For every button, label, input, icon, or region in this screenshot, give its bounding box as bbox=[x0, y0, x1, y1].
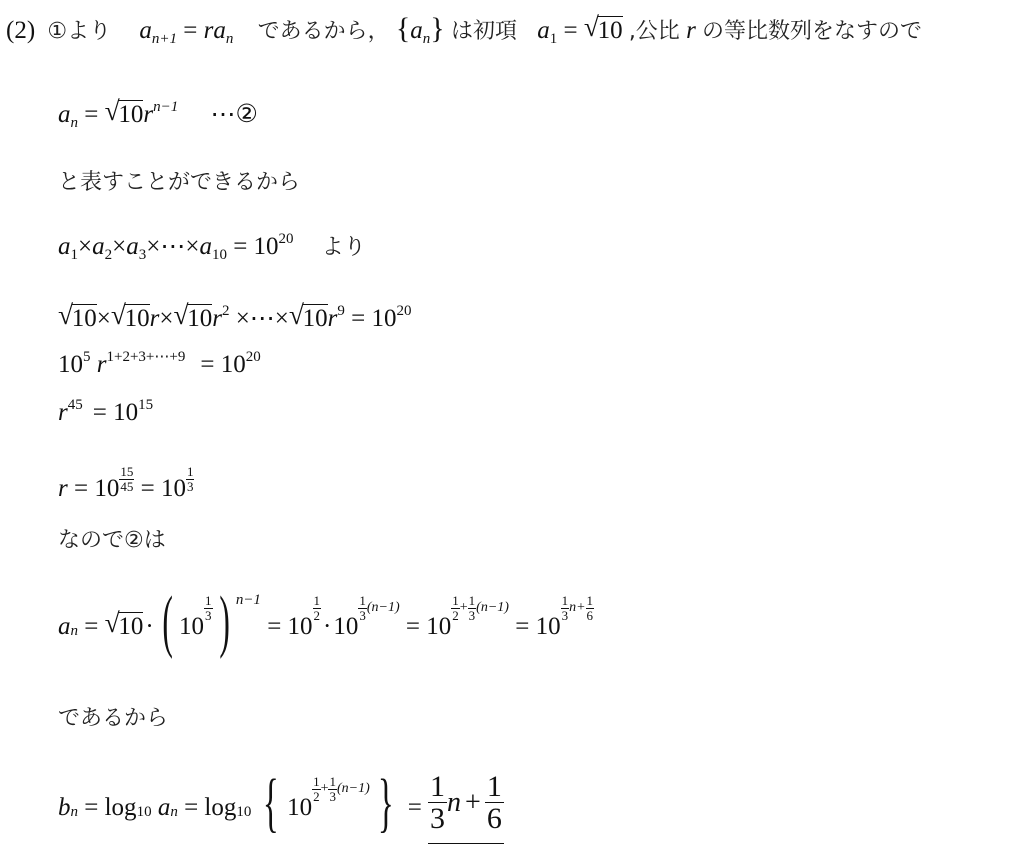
text-so-eq2: なので②は bbox=[58, 530, 166, 552]
sqrt-symbol: √10 bbox=[105, 100, 144, 128]
product-equation: a1×a2×a3×⋯×a10=1020 より bbox=[58, 234, 366, 259]
equation-tag: ⋯② bbox=[210, 101, 257, 128]
text-dearukara: であるから， bbox=[258, 19, 390, 44]
sqrt-symbol: √10 bbox=[58, 304, 97, 332]
an-equation: an=√10· ( 1013 ) n−1 =1012 ·1013(n−1) =1… bbox=[58, 596, 594, 656]
first-term-formula: a1=√10 bbox=[537, 17, 629, 44]
sqrt-symbol: √10 bbox=[289, 304, 328, 332]
ratio-var: r bbox=[686, 17, 696, 44]
answer-fraction-1: 13 bbox=[428, 771, 447, 835]
section-label: (2) bbox=[6, 17, 35, 44]
left-paren: ( bbox=[162, 587, 172, 657]
text-geometric: の等比数列をなすので bbox=[702, 19, 922, 44]
exponent-fraction: 1545 bbox=[119, 465, 134, 493]
r45-equation: r45=1015 bbox=[58, 400, 153, 425]
expanded-equation: √10×√10r×√10r2 ×⋯×√10r9=1020 bbox=[58, 304, 412, 332]
bn-equation: bn=log10 an=log10 { 1012+13(n−1) } = 13 … bbox=[58, 772, 504, 842]
ref-text: ①より bbox=[47, 19, 111, 44]
text-first-term: は初項 bbox=[451, 19, 517, 44]
sqrt-symbol: √10 bbox=[173, 304, 212, 332]
text-can-express: と表すことができるから bbox=[58, 172, 300, 194]
sqrt-symbol: √10 bbox=[105, 612, 144, 640]
right-brace: } bbox=[378, 770, 394, 836]
text-common-ratio: ,公比 bbox=[629, 19, 680, 44]
sequence-notation: {an} bbox=[396, 12, 445, 45]
answer-fraction-2: 16 bbox=[485, 771, 504, 835]
recurrence-formula: an+1=ran bbox=[139, 17, 239, 44]
sqrt-symbol: √10 bbox=[584, 16, 623, 44]
r-equation: r=101545=1013 bbox=[58, 476, 194, 513]
equation-2: an=√10rn−1 ⋯② bbox=[58, 100, 258, 128]
right-paren: ) bbox=[219, 587, 229, 657]
line-problem-intro: (2) ①より an+1=ran であるから， {an} は初項 a1=√10 … bbox=[6, 14, 922, 44]
text-therefore: であるから bbox=[58, 708, 168, 730]
sum-equation: 105 r1+2+3+⋯+9=1020 bbox=[58, 352, 261, 377]
left-brace: { bbox=[263, 770, 279, 836]
answer-underlined: 13 n + 16 bbox=[428, 771, 504, 844]
exponent-fraction: 13 bbox=[186, 465, 195, 493]
sqrt-symbol: √10 bbox=[111, 304, 150, 332]
